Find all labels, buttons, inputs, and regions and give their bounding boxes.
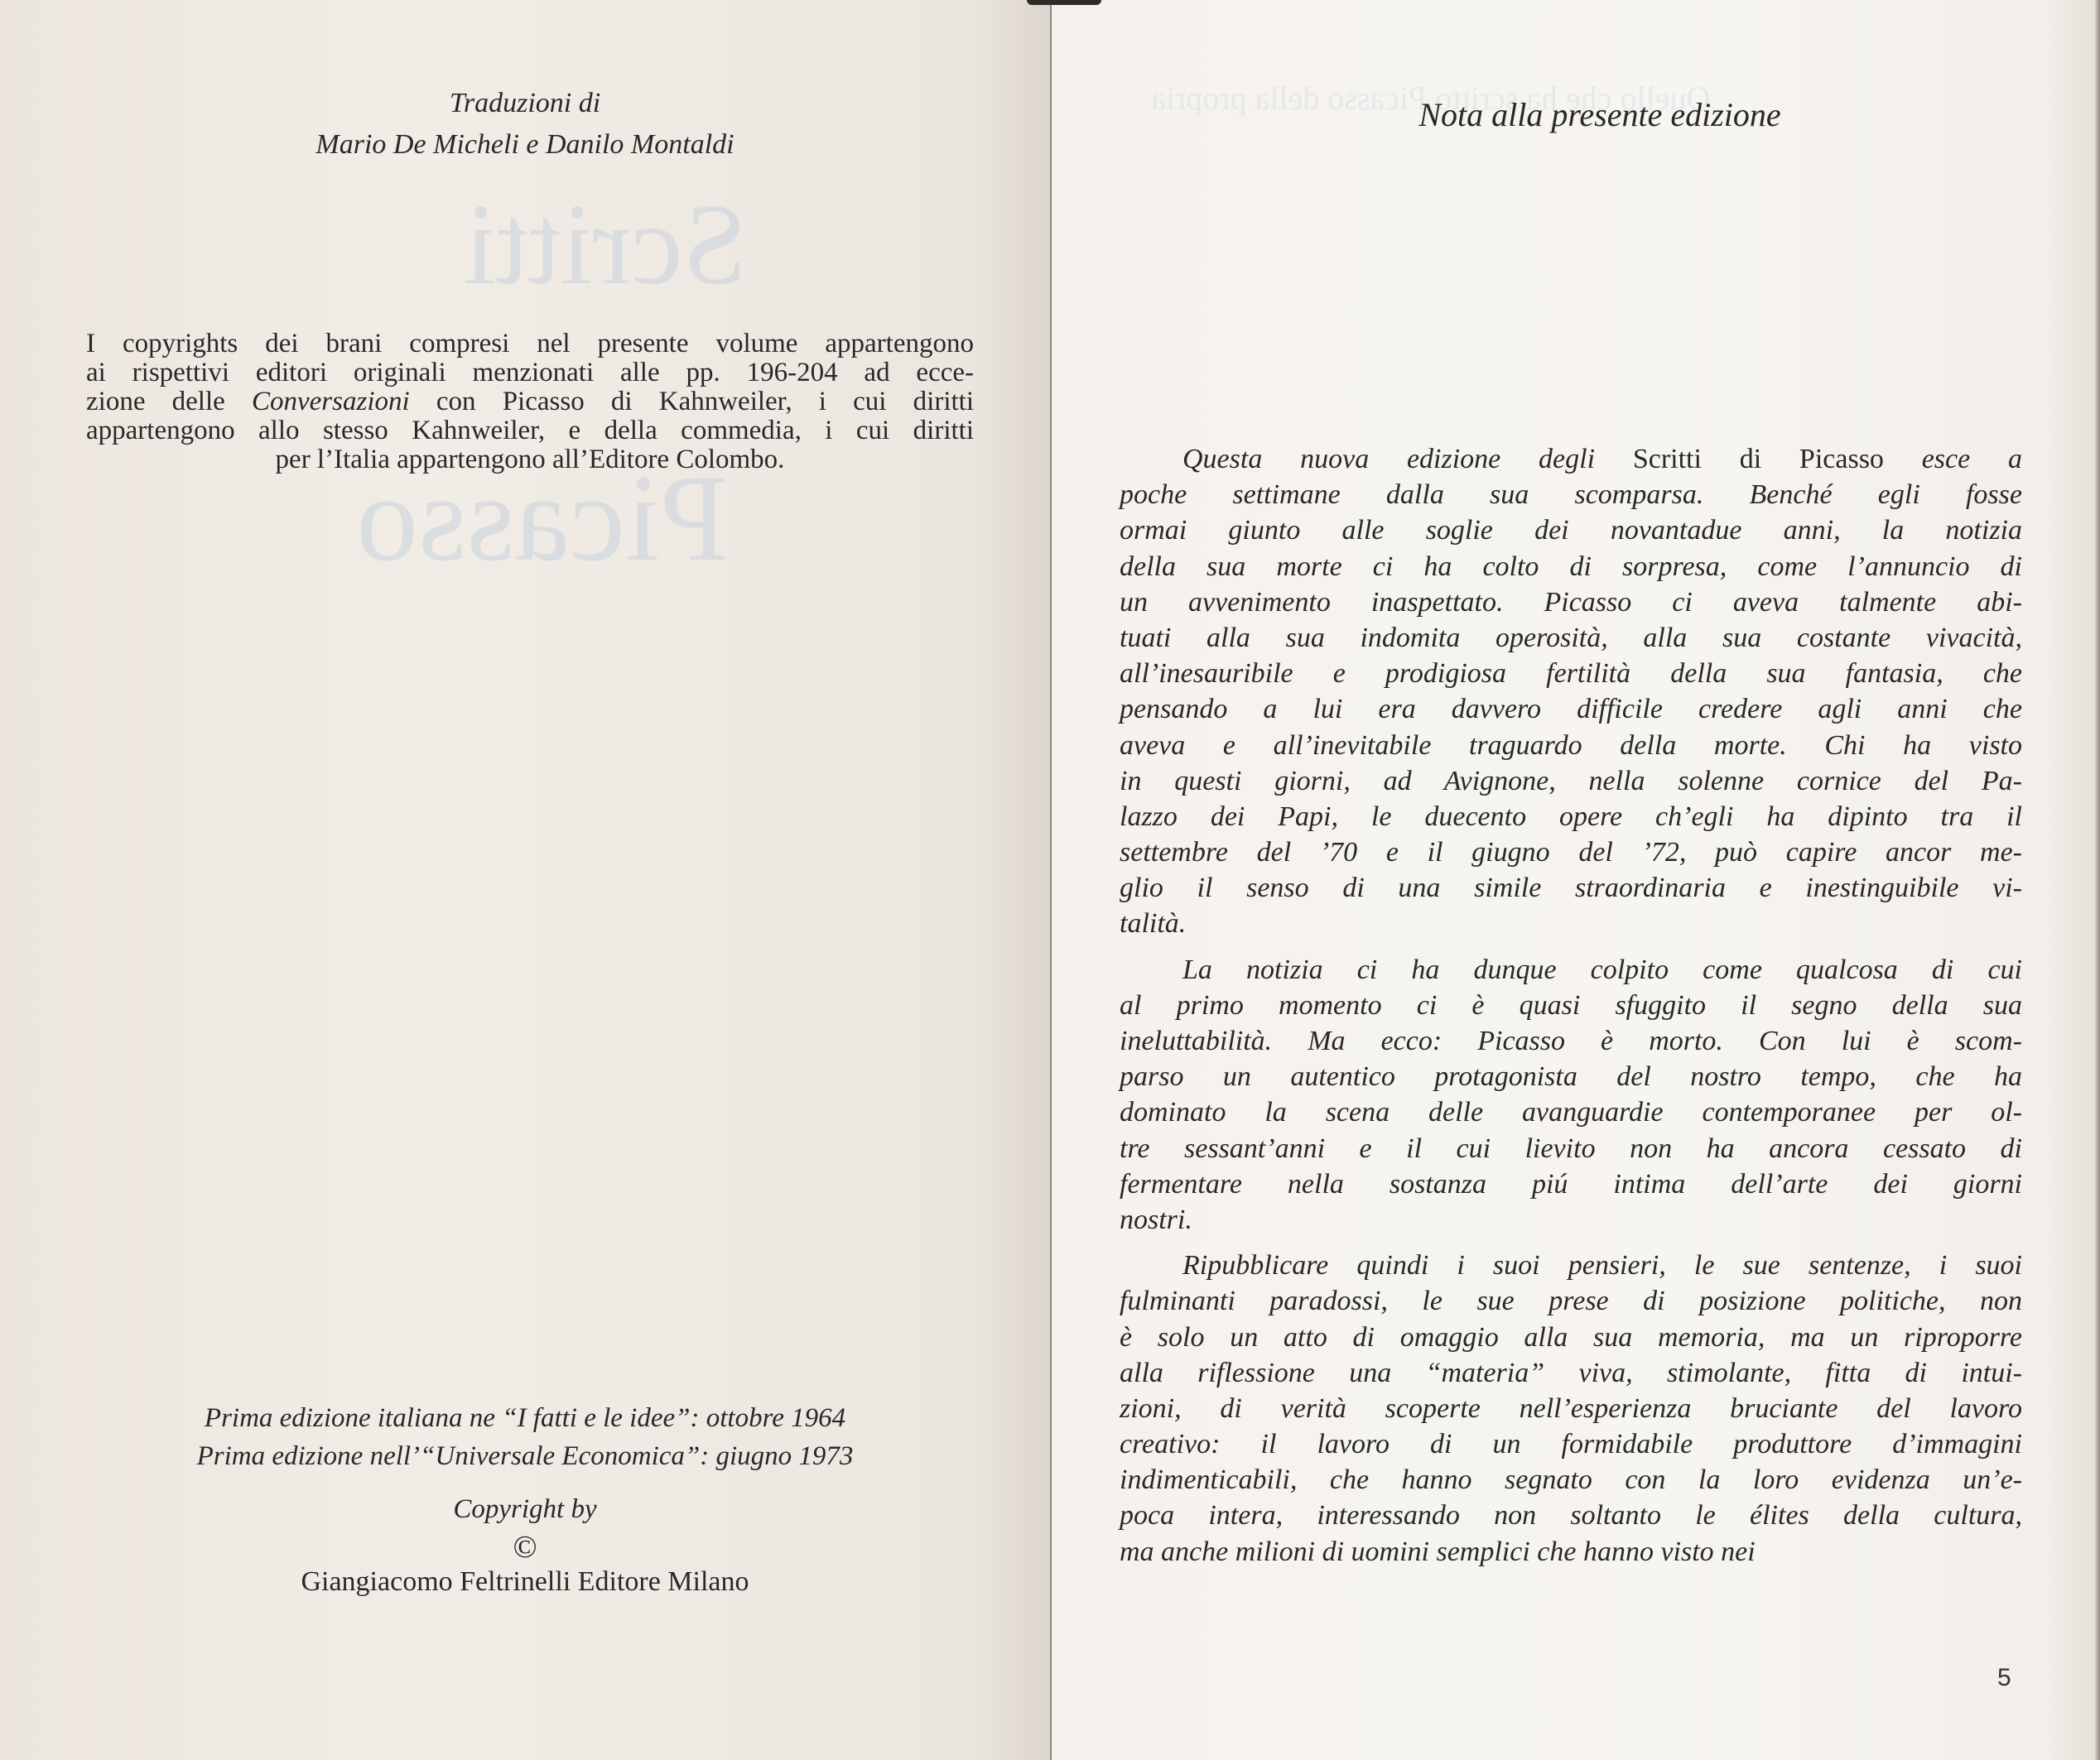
italic-text: fulminanti paradossi, le sue prese di po… [1120,1286,2022,1316]
italic-text: settembre del ’70 e il giugno del ’72, p… [1120,837,2022,868]
translators-label: Traduzioni di [0,83,1050,124]
italic-text: della sua morte ci ha colto di sorpresa,… [1120,551,2022,582]
page-number: 5 [1997,1664,2011,1692]
translators-names: Mario De Micheli e Danilo Montaldi [0,124,1050,166]
italic-text: lazzo dei Papi, le duecento opere ch’egl… [1120,801,2022,832]
italic-text: pensando a lui era davvero difficile cre… [1120,694,2022,724]
body-line: aveva e all’inevitabile traguardo della … [1120,728,2022,763]
italic-text: ineluttabilità. Ma ecco: Picasso è morto… [1120,1026,2022,1056]
italic-text: nostri. [1120,1205,1192,1235]
italic-text: è solo un atto di omaggio alla sua memor… [1120,1322,2022,1353]
page-edge-shadow [2095,0,2100,1760]
body-line: lazzo dei Papi, le duecento opere ch’egl… [1120,799,2022,834]
italic-text: alla riflessione una “materia” viva, sti… [1120,1358,2022,1388]
italic-text: in questi giorni, ad Avignone, nella sol… [1120,766,2022,796]
copyright-line-1: I copyrights dei brani compresi nel pres… [86,329,974,358]
italic-text: zioni, di verità scoperte nell’esperienz… [1120,1393,2022,1424]
body-line: un avvenimento inaspettato. Picasso ci a… [1120,584,2022,620]
body-line: della sua morte ci ha colto di sorpresa,… [1120,549,2022,584]
body-line: parso un autentico protagonista del nost… [1120,1059,2022,1094]
italic-text: creativo: il lavoro di un formidabile pr… [1120,1429,2022,1459]
nota-body: Questa nuova edizione degli Scritti di P… [1120,441,2022,1570]
copyright-symbol-icon: © [0,1528,1050,1566]
body-line: fulminanti paradossi, le sue prese di po… [1120,1283,2022,1319]
section-title: Nota alla presente edizione [1050,95,2100,134]
translators-credit: Traduzioni di Mario De Micheli e Danilo … [0,83,1050,166]
italic-text: all’inesauribile e prodigiosa fertilità … [1120,658,2022,689]
body-line: indimenticabili, che hanno segnato con l… [1120,1462,2022,1498]
upright-text: Scritti di Picasso [1633,444,1884,474]
italic-text: dominato la scena delle avanguardie cont… [1120,1097,2022,1128]
copyright-line-2: ai rispettivi editori originali menziona… [86,358,974,387]
body-line: ma anche milioni di uomini semplici che … [1120,1534,2022,1570]
italic-text: al primo momento ci è quasi sfuggito il … [1120,990,2022,1021]
first-italian-edition: Prima edizione italiana ne “I fatti e le… [0,1399,1050,1437]
body-line: tuati alla sua indomita operosità, alla … [1120,620,2022,656]
italic-text: tre sessant’anni e il cui lievito non ha… [1120,1133,2022,1164]
copyright-notice: I copyrights dei brani compresi nel pres… [86,329,974,474]
italic-text: aveva e all’inevitabile traguardo della … [1120,730,2022,761]
italic-text: ormai giunto alle soglie dei novantadue … [1120,515,2022,546]
body-line: ormai giunto alle soglie dei novantadue … [1120,512,2022,548]
body-line: all’inesauribile e prodigiosa fertilità … [1120,656,2022,691]
section-title-text: Nota alla presente edizione [1418,96,1780,133]
publisher-name: Giangiacomo Feltrinelli Editore Milano [0,1563,1050,1601]
body-line: è solo un atto di omaggio alla sua memor… [1120,1320,2022,1355]
book-spine-shadow [1027,0,1101,5]
body-line: fermentare nella sostanza piú intima del… [1120,1166,2022,1202]
italic-text: poche settimane dalla sua scomparsa. Ben… [1120,479,2022,510]
italic-text: glio il senso di una simile straordinari… [1120,873,2022,903]
italic-text: parso un autentico protagonista del nost… [1120,1061,2022,1092]
italic-text: La notizia ci ha dunque colpito come qua… [1182,955,2022,985]
italic-text: fermentare nella sostanza piú intima del… [1120,1169,2022,1200]
copyright-by-label: Copyright by [0,1490,1050,1528]
italic-text: ma anche milioni di uomini semplici che … [1120,1536,1756,1567]
body-line: poca intera, interessando non soltanto l… [1120,1498,2022,1533]
italic-text: esce a [1884,444,2022,474]
body-line: zioni, di verità scoperte nell’esperienz… [1120,1391,2022,1426]
body-line: La notizia ci ha dunque colpito come qua… [1120,952,2022,988]
body-line: creativo: il lavoro di un formidabile pr… [1120,1426,2022,1462]
body-line: pensando a lui era davvero difficile cre… [1120,691,2022,727]
first-universale-edition: Prima edizione nell’“Universale Economic… [0,1437,1050,1475]
italic-text: un avvenimento inaspettato. Picasso ci a… [1120,587,2022,618]
copyright-line-3-post: con Picasso di Kahnweiler, i cui diritti [410,387,974,416]
body-line: nostri. [1120,1202,2022,1238]
body-line: Questa nuova edizione degli Scritti di P… [1120,441,2022,477]
body-line: al primo momento ci è quasi sfuggito il … [1120,988,2022,1023]
body-line: poche settimane dalla sua scomparsa. Ben… [1120,477,2022,512]
copyright-line-4: appartengono allo stesso Kahnweiler, e d… [86,416,974,445]
body-line: settembre del ’70 e il giugno del ’72, p… [1120,834,2022,870]
body-line: glio il senso di una simile straordinari… [1120,870,2022,906]
left-page: Scritti Picasso Traduzioni di Mario De M… [0,0,1050,1760]
body-line: tre sessant’anni e il cui lievito non ha… [1120,1131,2022,1166]
body-line: ineluttabilità. Ma ecco: Picasso è morto… [1120,1023,2022,1059]
copyright-line-3: zione delle Conversazioni con Picasso di… [86,387,974,416]
bleed-through-title-scritti: Scritti [464,178,747,311]
body-line: dominato la scena delle avanguardie cont… [1120,1094,2022,1130]
body-line: in questi giorni, ad Avignone, nella sol… [1120,763,2022,799]
italic-text: talità. [1120,908,1186,939]
body-line: talità. [1120,906,2022,941]
conversazioni-title: Conversazioni [252,387,410,416]
copyright-line-3-pre: zione delle [86,387,252,416]
body-line: Ripubblicare quindi i suoi pensieri, le … [1120,1248,2022,1283]
italic-text: Ripubblicare quindi i suoi pensieri, le … [1182,1250,2022,1281]
italic-text: indimenticabili, che hanno segnato con l… [1120,1464,2022,1495]
italic-text: poca intera, interessando non soltanto l… [1120,1500,2022,1531]
copyright-line-5: per l’Italia appartengono all’Editore Co… [86,445,974,474]
italic-text: Questa nuova edizione degli [1182,444,1633,474]
edition-history: Prima edizione italiana ne “I fatti e le… [0,1399,1050,1475]
body-line: alla riflessione una “materia” viva, sti… [1120,1355,2022,1391]
italic-text: tuati alla sua indomita operosità, alla … [1120,623,2022,653]
